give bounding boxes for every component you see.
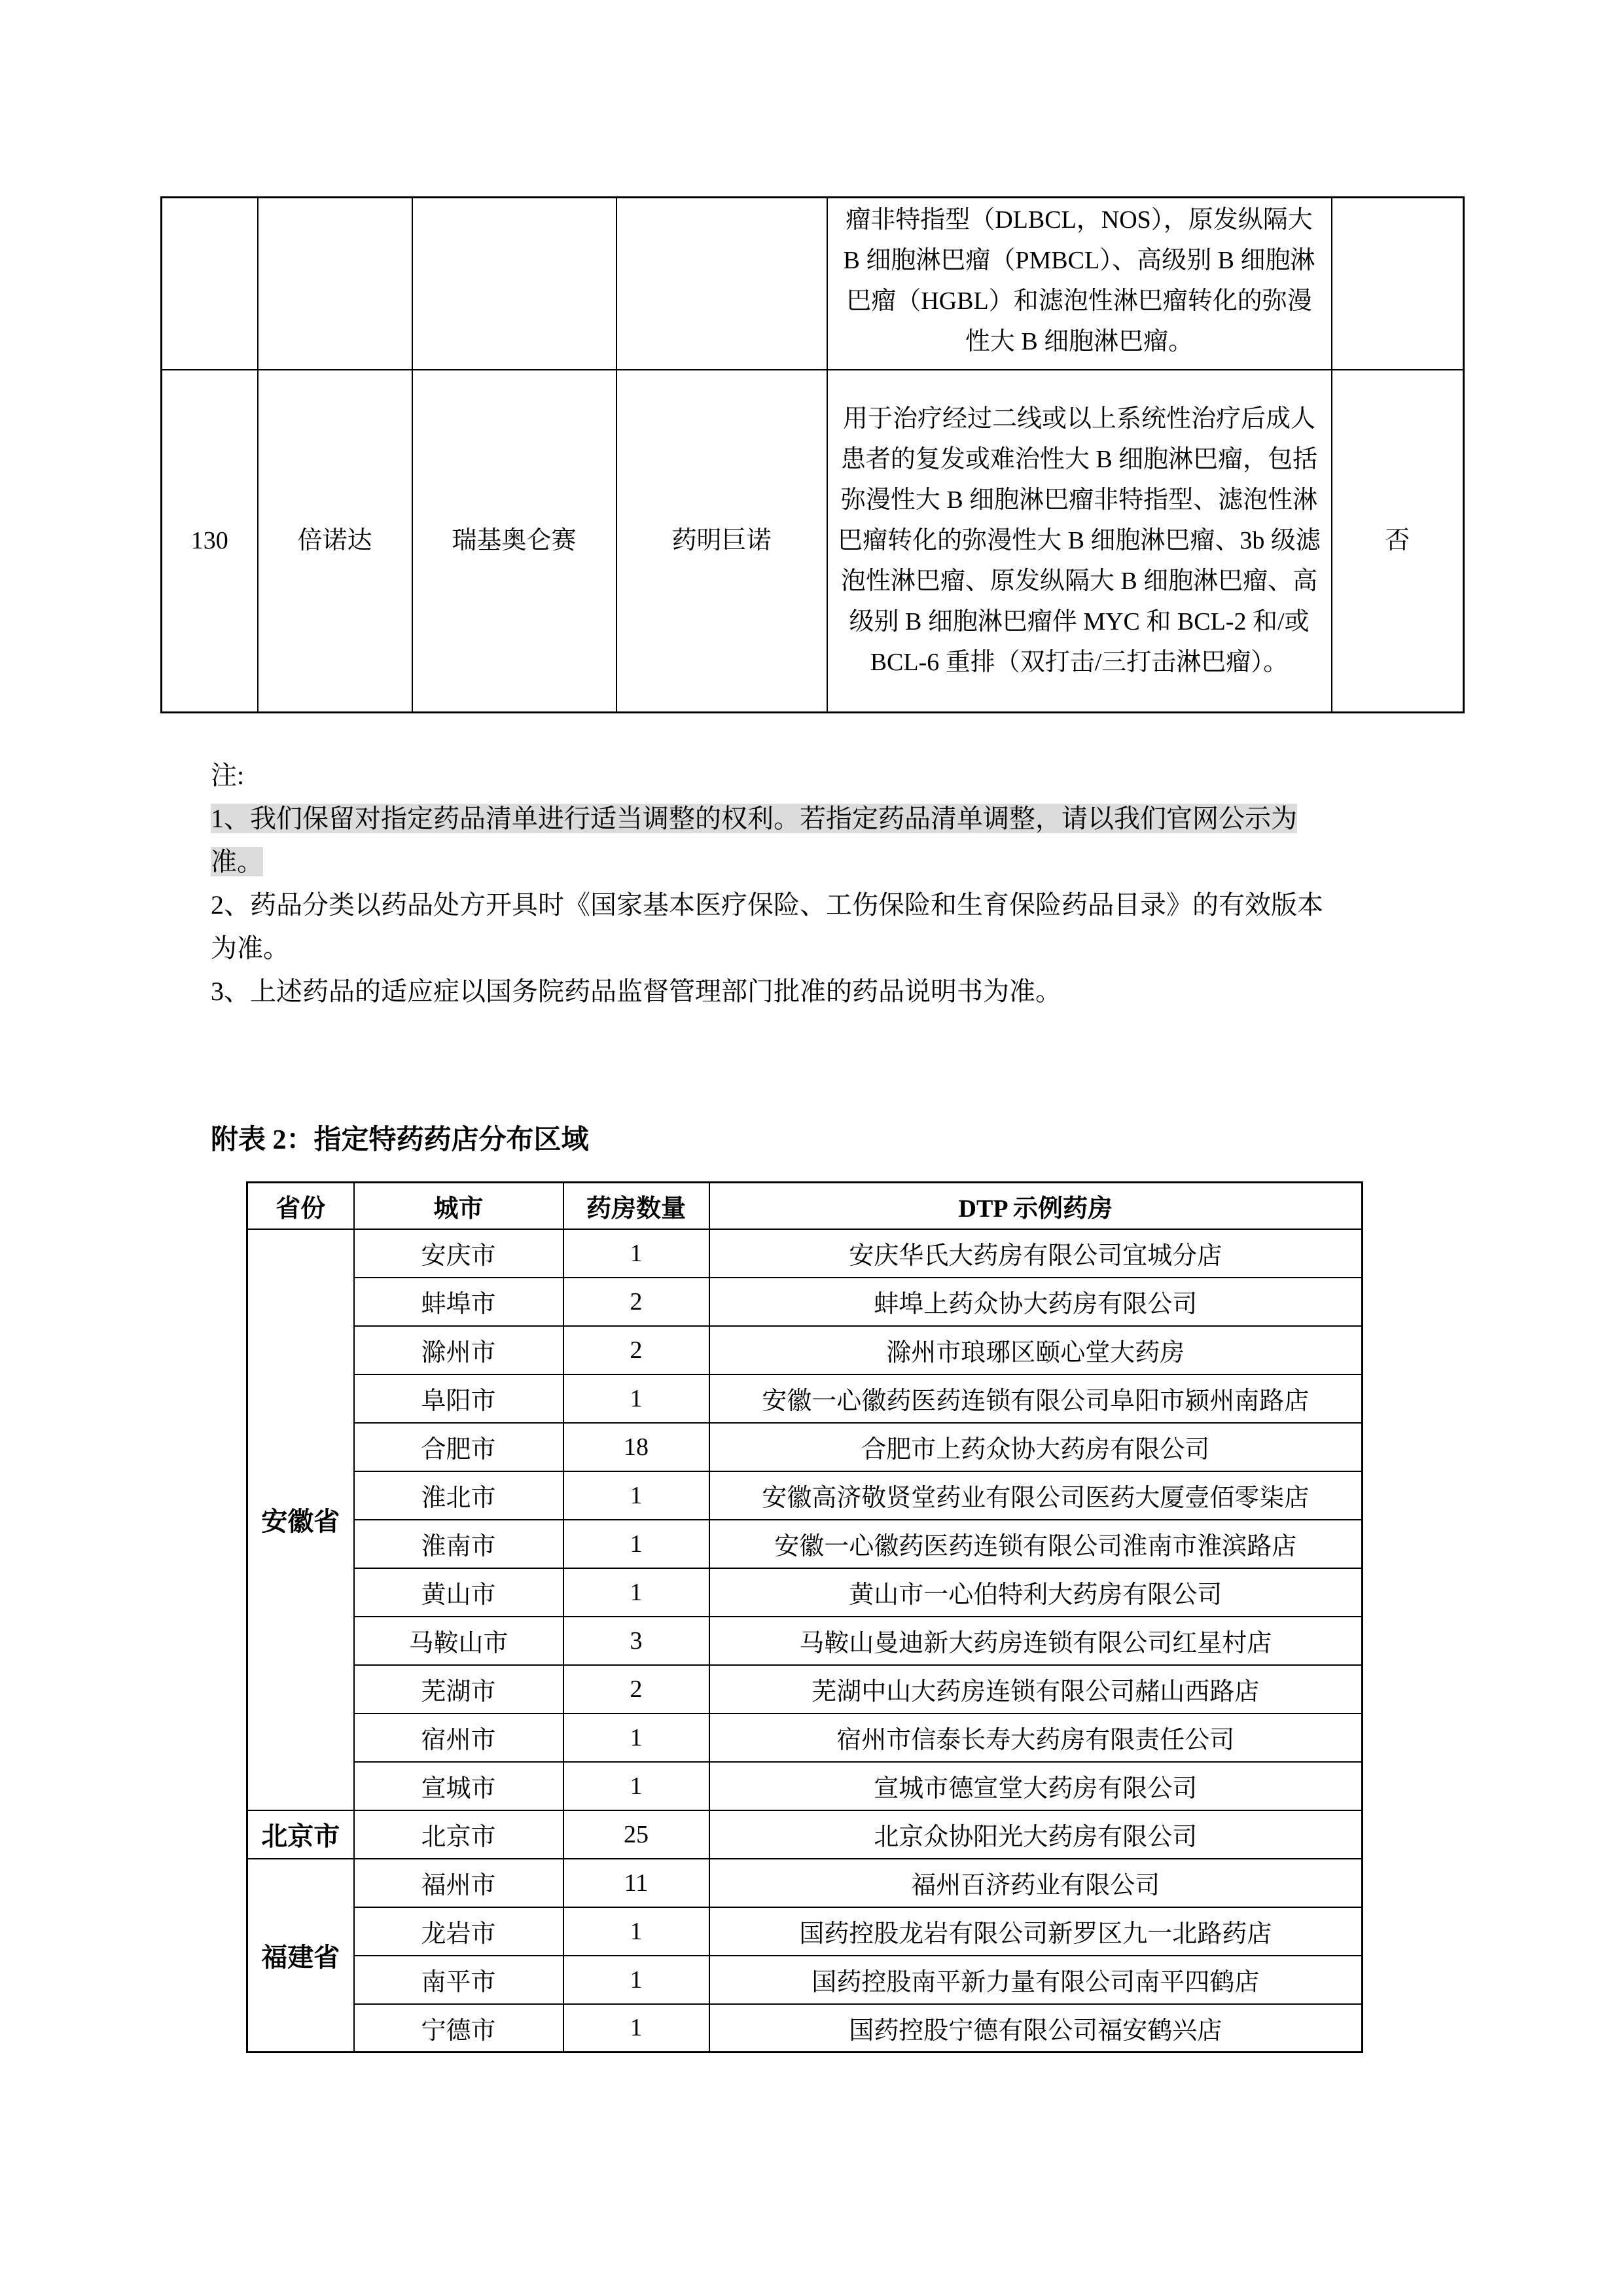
pharmacy-cell: 蚌埠上药众协大药房有限公司 [709,1278,1363,1326]
note-text: 3、上述药品的适应症以国务院药品监督管理部门批准的药品说明书为准。 [211,977,1061,1006]
count-cell: 1 [563,2004,709,2053]
pharmacy-row: 蚌埠市2蚌埠上药众协大药房有限公司 [247,1278,1363,1326]
header-count: 药房数量 [563,1183,709,1229]
pharmacy-cell: 福州百济药业有限公司 [709,1859,1363,1907]
pharmacy-cell: 宿州市信泰长寿大药房有限责任公司 [709,1713,1363,1762]
city-cell: 蚌埠市 [354,1278,563,1326]
pharmacy-row: 安徽省安庆市1安庆华氏大药房有限公司宜城分店 [247,1229,1363,1278]
empty-cell [412,198,616,370]
header-dtp-pharmacy: DTP 示例药房 [709,1183,1363,1229]
city-cell: 芜湖市 [354,1665,563,1713]
city-cell: 宁德市 [354,2004,563,2053]
generic-name-cell: 瑞基奥仑赛 [412,370,616,713]
count-cell: 25 [563,1810,709,1859]
city-cell: 宿州市 [354,1713,563,1762]
notes-section: 注: 1、我们保留对指定药品清单进行适当调整的权利。若指定药品清单调整，请以我们… [211,754,1331,1013]
pharmacy-row: 滁州市2滁州市琅琊区颐心堂大药房 [247,1326,1363,1374]
city-cell: 安庆市 [354,1229,563,1278]
highlighted-note-text: 1、我们保留对指定药品清单进行适当调整的权利。若指定药品清单调整，请以我们官网公… [211,804,1297,876]
count-cell: 2 [563,1665,709,1713]
notes-label: 注: [211,754,1331,797]
indication-cell: 瘤非特指型（DLBCL，NOS），原发纵隔大 B 细胞淋巴瘤（PMBCL）、高级… [827,198,1332,370]
indication-cell: 用于治疗经过二线或以上系统性治疗后成人患者的复发或难治性大 B 细胞淋巴瘤，包括… [827,370,1332,713]
city-cell: 淮南市 [354,1520,563,1568]
city-cell: 宣城市 [354,1762,563,1810]
empty-cell [1332,198,1464,370]
drug-row-130: 130 倍诺达 瑞基奥仑赛 药明巨诺 用于治疗经过二线或以上系统性治疗后成人患者… [162,370,1464,713]
count-cell: 1 [563,1229,709,1278]
city-cell: 福州市 [354,1859,563,1907]
pharmacy-row: 宣城市1宣城市德宣堂大药房有限公司 [247,1762,1363,1810]
count-cell: 18 [563,1423,709,1471]
header-city: 城市 [354,1183,563,1229]
count-cell: 1 [563,1568,709,1617]
pharmacy-row: 北京市北京市25北京众协阳光大药房有限公司 [247,1810,1363,1859]
note-item-3: 3、上述药品的适应症以国务院药品监督管理部门批准的药品说明书为准。 [211,970,1331,1013]
count-cell: 1 [563,1713,709,1762]
pharmacy-row: 宿州市1宿州市信泰长寿大药房有限责任公司 [247,1713,1363,1762]
count-cell: 1 [563,1374,709,1423]
pharmacy-distribution-table: 省份 城市 药房数量 DTP 示例药房 安徽省安庆市1安庆华氏大药房有限公司宜城… [246,1181,1363,2053]
pharmacy-cell: 国药控股宁德有限公司福安鹤兴店 [709,2004,1363,2053]
city-cell: 黄山市 [354,1568,563,1617]
empty-cell [616,198,827,370]
pharmacy-row: 阜阳市1安徽一心徽药医药连锁有限公司阜阳市颍州南路店 [247,1374,1363,1423]
city-cell: 阜阳市 [354,1374,563,1423]
drug-row-continuation: 瘤非特指型（DLBCL，NOS），原发纵隔大 B 细胞淋巴瘤（PMBCL）、高级… [162,198,1464,370]
count-cell: 1 [563,1956,709,2004]
count-cell: 3 [563,1617,709,1665]
city-cell: 滁州市 [354,1326,563,1374]
pharmacy-cell: 安徽一心徽药医药连锁有限公司淮南市淮滨路店 [709,1520,1363,1568]
pharmacy-row: 龙岩市1国药控股龙岩有限公司新罗区九一北路药店 [247,1907,1363,1956]
city-cell: 淮北市 [354,1471,563,1520]
pharmacy-cell: 北京众协阳光大药房有限公司 [709,1810,1363,1859]
flag-cell: 否 [1332,370,1464,713]
pharmacy-table-body: 安徽省安庆市1安庆华氏大药房有限公司宜城分店蚌埠市2蚌埠上药众协大药房有限公司滁… [247,1229,1363,2053]
city-cell: 合肥市 [354,1423,563,1471]
province-cell: 福建省 [247,1859,354,2053]
city-cell: 马鞍山市 [354,1617,563,1665]
count-cell: 2 [563,1278,709,1326]
pharmacy-cell: 合肥市上药众协大药房有限公司 [709,1423,1363,1471]
empty-cell [162,198,258,370]
pharmacy-cell: 滁州市琅琊区颐心堂大药房 [709,1326,1363,1374]
pharmacy-row: 黄山市1黄山市一心伯特利大药房有限公司 [247,1568,1363,1617]
empty-cell [258,198,412,370]
province-cell: 北京市 [247,1810,354,1859]
city-cell: 龙岩市 [354,1907,563,1956]
pharmacy-cell: 安徽高济敬贤堂药业有限公司医药大厦壹佰零柒店 [709,1471,1363,1520]
pharmacy-row: 福建省福州市11福州百济药业有限公司 [247,1859,1363,1907]
header-province: 省份 [247,1183,354,1229]
pharmacy-cell: 芜湖中山大药房连锁有限公司赭山西路店 [709,1665,1363,1713]
count-cell: 2 [563,1326,709,1374]
note-item-2: 2、药品分类以药品处方开具时《国家基本医疗保险、工伤保险和生育保险药品目录》的有… [211,884,1331,970]
row-number-cell: 130 [162,370,258,713]
city-cell: 北京市 [354,1810,563,1859]
pharmacy-row: 宁德市1国药控股宁德有限公司福安鹤兴店 [247,2004,1363,2053]
city-cell: 南平市 [354,1956,563,2004]
pharmacy-row: 淮北市1安徽高济敬贤堂药业有限公司医药大厦壹佰零柒店 [247,1471,1363,1520]
pharmacy-row: 马鞍山市3马鞍山曼迪新大药房连锁有限公司红星村店 [247,1617,1363,1665]
pharmacy-row: 淮南市1安徽一心徽药医药连锁有限公司淮南市淮滨路店 [247,1520,1363,1568]
pharmacy-cell: 安庆华氏大药房有限公司宜城分店 [709,1229,1363,1278]
count-cell: 11 [563,1859,709,1907]
pharmacy-cell: 马鞍山曼迪新大药房连锁有限公司红星村店 [709,1617,1363,1665]
count-cell: 1 [563,1471,709,1520]
pharmacy-table-header-row: 省份 城市 药房数量 DTP 示例药房 [247,1183,1363,1229]
pharmacy-cell: 国药控股南平新力量有限公司南平四鹤店 [709,1956,1363,2004]
drug-list-table: 瘤非特指型（DLBCL，NOS），原发纵隔大 B 细胞淋巴瘤（PMBCL）、高级… [160,196,1465,713]
pharmacy-cell: 安徽一心徽药医药连锁有限公司阜阳市颍州南路店 [709,1374,1363,1423]
document-page: 瘤非特指型（DLBCL，NOS），原发纵隔大 B 细胞淋巴瘤（PMBCL）、高级… [0,0,1623,2296]
pharmacy-cell: 黄山市一心伯特利大药房有限公司 [709,1568,1363,1617]
brand-name-cell: 倍诺达 [258,370,412,713]
count-cell: 1 [563,1762,709,1810]
note-text: 2、药品分类以药品处方开具时《国家基本医疗保险、工伤保险和生育保险药品目录》的有… [211,890,1323,963]
count-cell: 1 [563,1907,709,1956]
province-cell: 安徽省 [247,1229,354,1810]
pharmacy-cell: 宣城市德宣堂大药房有限公司 [709,1762,1363,1810]
note-item-1: 1、我们保留对指定药品清单进行适当调整的权利。若指定药品清单调整，请以我们官网公… [211,797,1331,884]
pharmacy-row: 合肥市18合肥市上药众协大药房有限公司 [247,1423,1363,1471]
pharmacy-cell: 国药控股龙岩有限公司新罗区九一北路药店 [709,1907,1363,1956]
pharmacy-row: 南平市1国药控股南平新力量有限公司南平四鹤店 [247,1956,1363,2004]
manufacturer-cell: 药明巨诺 [616,370,827,713]
appendix-heading: 附表 2：指定特药药店分布区域 [211,1121,589,1160]
pharmacy-row: 芜湖市2芜湖中山大药房连锁有限公司赭山西路店 [247,1665,1363,1713]
count-cell: 1 [563,1520,709,1568]
